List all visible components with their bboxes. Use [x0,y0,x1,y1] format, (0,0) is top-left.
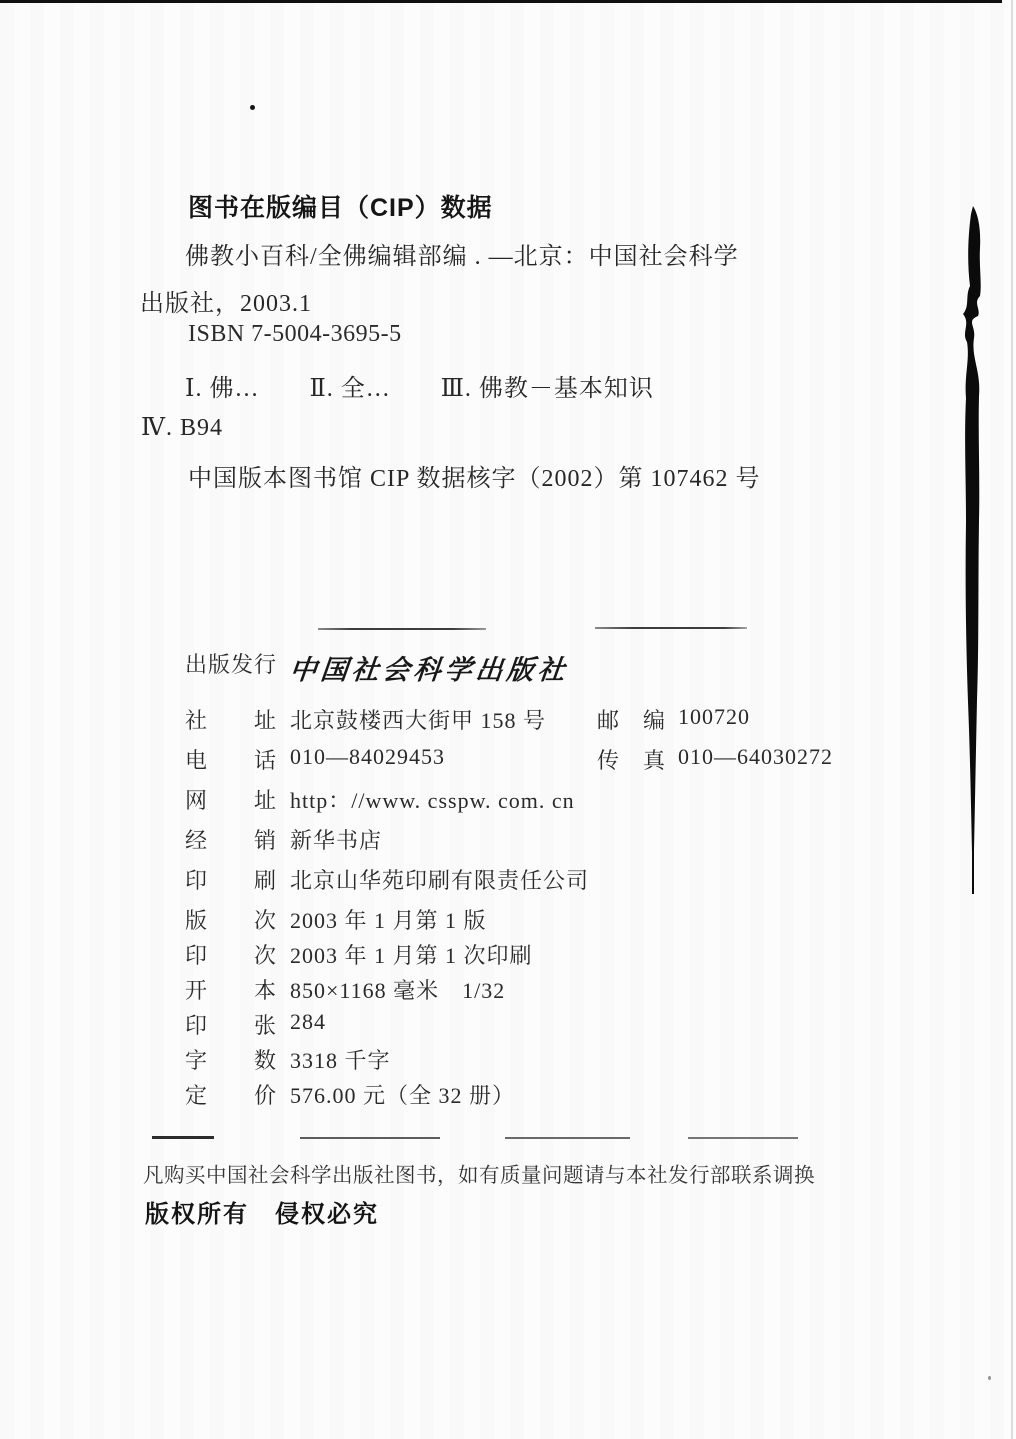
row-value: 284 [290,1009,326,1035]
row-value: http：//www. csspw. com. cn [290,784,575,815]
row-right-label: 传 真 [597,744,666,775]
cip-description-line2: 出版社，2003.1 [140,283,312,318]
colophon-row-sheets: 印 张 284 [0,1009,1016,1044]
cip-description-line1: 佛教小百科/全佛编辑部编 . —北京：中国社会科学 [185,236,739,271]
cip-record-number: 中国版本图书馆 CIP 数据核字（2002）第 107462 号 [188,458,760,493]
divider-rule-left [318,628,486,630]
colophon-block: 出版发行 中国社会科学出版社 社 址 北京鼓楼西大街甲 158 号 邮 编 10… [0,648,1016,1114]
row-label: 出版发行 [185,648,277,679]
row-label: 版 次 [185,904,277,935]
row-value: 010—84029453 [290,744,445,770]
colophon-row-distributor: 经 销 新华书店 [0,824,1016,864]
colophon-row-printer: 印 刷 北京山华苑印刷有限责任公司 [0,864,1016,904]
colophon-row-impression: 印 次 2003 年 1 月第 1 次印刷 [0,939,1016,974]
cip-classification-line1: Ⅰ. 佛… Ⅱ. 全… Ⅲ. 佛教－基本知识 [185,368,654,403]
scan-speck [988,1376,991,1380]
row-right-value: 010—64030272 [678,744,833,770]
footer-rule-segment [688,1137,798,1139]
row-label: 印 张 [185,1009,277,1040]
row-label: 经 销 [185,824,277,855]
divider-rule-right [595,627,747,629]
row-label: 社 址 [185,704,277,735]
quality-exchange-notice: 凡购买中国社会科学出版社图书，如有质量问题请与本社发行部联系调换 [143,1158,815,1188]
publisher-signature: 中国社会科学出版社 [288,648,571,687]
colophon-row-format: 开 本 850×1168 毫米 1/32 [0,974,1016,1009]
scan-speck [250,105,255,110]
row-value: 北京山华苑印刷有限责任公司 [290,864,589,895]
footer-rule-segment [300,1137,440,1139]
colophon-row-publisher: 出版发行 中国社会科学出版社 [0,648,1016,704]
colophon-row-phone: 电 话 010—84029453 传 真 010—64030272 [0,744,1016,784]
row-label: 字 数 [185,1044,277,1075]
colophon-row-price: 定 价 576.00 元（全 32 册） [0,1079,1016,1114]
row-right-value: 100720 [678,704,750,730]
row-label: 定 价 [185,1079,277,1110]
row-label: 网 址 [185,784,277,815]
colophon-row-website: 网 址 http：//www. csspw. com. cn [0,784,1016,824]
row-label: 印 刷 [185,864,277,895]
footer-rule-segment [505,1137,630,1139]
row-value: 576.00 元（全 32 册） [290,1079,515,1110]
row-label: 电 话 [185,744,277,775]
isbn-number: ISBN 7-5004-3695-5 [188,321,402,348]
book-copyright-page: 图书在版编目（CIP）数据 佛教小百科/全佛编辑部编 . —北京：中国社会科学 … [0,0,1016,1439]
colophon-row-address: 社 址 北京鼓楼西大街甲 158 号 邮 编 100720 [0,704,1016,744]
colophon-row-wordcount: 字 数 3318 千字 [0,1044,1016,1079]
row-value: 2003 年 1 月第 1 版 [290,904,487,935]
row-right-label: 邮 编 [597,704,666,735]
row-label: 开 本 [185,974,277,1005]
row-value: 北京鼓楼西大街甲 158 号 [290,704,546,735]
row-value: 850×1168 毫米 1/32 [290,974,505,1005]
scan-top-edge-line [0,0,1002,3]
row-value: 3318 千字 [290,1044,391,1075]
row-value: 新华书店 [290,824,382,855]
cip-heading: 图书在版编目（CIP）数据 [188,188,493,224]
colophon-row-edition: 版 次 2003 年 1 月第 1 版 [0,904,1016,939]
cip-classification-line2: Ⅳ. B94 [141,413,223,442]
copyright-rights-statement: 版权所有 侵权必究 [145,1194,379,1229]
row-label: 印 次 [185,939,277,970]
footer-rule-segment [152,1136,214,1139]
row-value: 2003 年 1 月第 1 次印刷 [290,939,533,970]
